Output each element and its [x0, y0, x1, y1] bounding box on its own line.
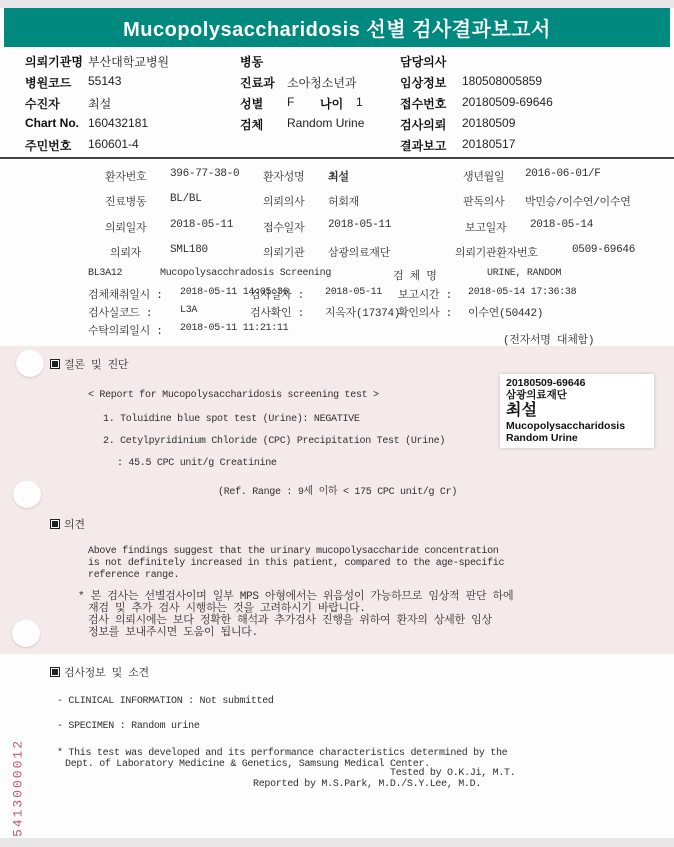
label-report-time: 보고시간 :: [398, 286, 452, 302]
value-test-verify: 지옥자(17374): [325, 304, 400, 320]
label-examinee: 수진자: [25, 95, 60, 112]
value-examinee: 최설: [88, 95, 111, 112]
value-entrust-request: 2018-05-11 11:21:11: [180, 323, 288, 334]
value-confirm-doctor: 이수연(50442): [468, 304, 543, 320]
label-clinical-info: 임상정보: [400, 74, 446, 91]
report-page: Mucopolysaccharidosis 선별 검사결과보고서 의뢰기관명 부…: [0, 0, 674, 847]
label-request-org2: 의뢰기관: [263, 244, 304, 260]
result-ref-range: (Ref. Range : 9세 이하 < 175 CPC unit/g Cr): [218, 482, 457, 498]
label-sex: 성별: [240, 95, 263, 112]
value-resident-no: 160601-4: [88, 137, 139, 151]
value-result-report-date: 20180517: [462, 137, 515, 151]
value-requester: SML180: [170, 244, 208, 256]
label-resident-no: 주민번호: [25, 137, 71, 154]
opinion-ko-line4: 정보를 보내주시면 도움이 됩니다.: [88, 623, 258, 639]
value-report-date: 2018-05-14: [530, 219, 593, 231]
label-patient-number: 환자번호: [105, 168, 146, 184]
result-line-cpc-value: : 45.5 CPC unit/g Creatinine: [117, 458, 277, 469]
section-marker-icon: [50, 667, 60, 677]
opinion-en-line3: reference range.: [88, 570, 179, 581]
label-confirm-doctor: 확인의사 :: [398, 304, 452, 320]
sticker-receipt-no: 20180509-69646: [506, 377, 648, 389]
label-specimen-name: 검 체 명: [393, 267, 437, 283]
punch-hole: [13, 480, 41, 508]
test-code: BL3A12: [88, 268, 122, 279]
label-hospital-code: 병원코드: [25, 74, 71, 91]
sticker-patient-name: 최설: [506, 401, 648, 420]
value-sex: F: [287, 95, 294, 109]
value-lab-code: L3A: [180, 305, 197, 316]
label-doctor-in-charge: 담당의사: [400, 53, 446, 70]
value-report-time: 2018-05-14 17:36:38: [468, 287, 576, 298]
section-testinfo-title: 검사정보 및 소견: [64, 664, 149, 680]
label-chart-no: Chart No.: [25, 116, 79, 130]
value-receipt-no: 20180509-69646: [462, 95, 553, 109]
value-age: 1: [356, 95, 363, 109]
report-title-bar: Mucopolysaccharidosis 선별 검사결과보고서: [4, 8, 670, 47]
label-result-report-date: 결과보고: [400, 137, 446, 154]
result-line-cpc: 2. Cetylpyridinium Chloride (CPC) Precip…: [103, 436, 445, 447]
top-gray-strip: [0, 0, 674, 8]
testinfo-clinical: - CLINICAL INFORMATION : Not submitted: [57, 696, 274, 707]
label-test-verify: 검사확인 :: [250, 304, 304, 320]
label-collected-at: 검체채취일시 :: [88, 286, 163, 302]
testinfo-specimen: - SPECIMEN : Random urine: [57, 721, 200, 732]
value-receipt-date: 2018-05-11: [328, 219, 391, 231]
punch-hole: [16, 349, 44, 377]
value-test-request-date: 20180509: [462, 116, 515, 130]
value-reading-doctor: 박민승/이수연/이수연: [525, 193, 631, 209]
sticker-org: 삼광의료재단: [506, 389, 648, 401]
section-marker-icon: [50, 359, 60, 369]
label-request-date: 의뢰일자: [105, 219, 146, 235]
value-care-ward: BL/BL: [170, 193, 202, 205]
label-entrust-request: 수탁의뢰일시 :: [88, 322, 163, 338]
label-age: 나이: [320, 95, 343, 112]
value-request-doctor: 허회재: [328, 193, 359, 209]
testinfo-dev-line1: * This test was developed and its perfor…: [57, 748, 507, 759]
value-specimen-name: URINE, RANDOM: [487, 268, 561, 279]
sticker-test-name: Mucopolysaccharidosis: [506, 420, 648, 432]
header-divider-line: [0, 157, 674, 159]
value-org-patient-no: 0509-69646: [572, 244, 635, 256]
label-requester: 의뢰자: [110, 244, 141, 260]
label-test-request-date: 검사의뢰: [400, 116, 446, 133]
value-test-date: 2018-05-11: [325, 287, 382, 298]
value-department: 소아청소년과: [287, 74, 357, 91]
label-receipt-no: 접수번호: [400, 95, 446, 112]
label-specimen: 검체: [240, 116, 263, 133]
label-reading-doctor: 판독의사: [463, 193, 504, 209]
opinion-en-line2: is not definitely increased in this pati…: [88, 558, 504, 569]
label-birth-date: 생년월일: [463, 168, 504, 184]
value-birth-date: 2016-06-01/F: [525, 168, 601, 180]
value-request-org2: 삼광의료재단: [328, 244, 390, 260]
label-test-date: 검사일자 :: [250, 286, 304, 302]
label-patient-name: 환자성명: [263, 168, 304, 184]
value-hospital-code: 55143: [88, 74, 121, 88]
label-org-patient-no: 의뢰기관환자번호: [455, 244, 538, 260]
label-lab-code: 검사실코드 :: [88, 304, 152, 320]
bottom-gray-strip: [0, 838, 674, 847]
label-request-doctor: 의뢰의사: [263, 193, 304, 209]
footer-reported-by: Reported by M.S.Park, M.D./S.Y.Lee, M.D.: [253, 779, 481, 790]
label-ward: 병동: [240, 53, 263, 70]
footer-tested-by: Tested by O.K.Ji, M.T.: [390, 768, 515, 779]
value-clinical-info: 180508005859: [462, 74, 542, 88]
testinfo-dev-line2: Dept. of Laboratory Medicine & Genetics,…: [65, 759, 430, 770]
specimen-label-sticker: 20180509-69646 삼광의료재단 최설 Mucopolysacchar…: [500, 374, 654, 448]
test-name: Mucopolysacchradosis Screening: [160, 268, 331, 279]
label-receipt-date: 접수일자: [263, 219, 304, 235]
label-report-date: 보고일자: [465, 219, 506, 235]
report-title: Mucopolysaccharidosis 선별 검사결과보고서: [123, 13, 551, 42]
sticker-specimen: Random Urine: [506, 432, 648, 444]
value-request-org: 부산대학교병원: [88, 53, 169, 70]
section-marker-icon: [50, 519, 60, 529]
result-report-heading: < Report for Mucopolysaccharidosis scree…: [88, 390, 379, 401]
opinion-en-line1: Above findings suggest that the urinary …: [88, 546, 498, 557]
value-patient-name: 최설: [328, 168, 349, 184]
value-request-date: 2018-05-11: [170, 219, 233, 231]
punch-hole: [12, 619, 40, 647]
section-opinion-title: 의견: [64, 516, 85, 532]
label-department: 진료과: [240, 74, 275, 91]
value-chart-no: 160432181: [88, 116, 148, 130]
value-patient-number: 396-77-38-0: [170, 168, 239, 180]
section-conclusion-title: 결론 및 진단: [64, 356, 128, 372]
serial-number-vertical: 5413000012: [11, 739, 26, 837]
result-line-toluidine: 1. Toluidine blue spot test (Urine): NEG…: [103, 414, 360, 425]
label-request-org: 의뢰기관명: [25, 53, 83, 70]
value-specimen: Random Urine: [287, 116, 364, 130]
esign-note: (전자서명 대체함): [503, 331, 594, 347]
label-care-ward: 진료병동: [105, 193, 146, 209]
